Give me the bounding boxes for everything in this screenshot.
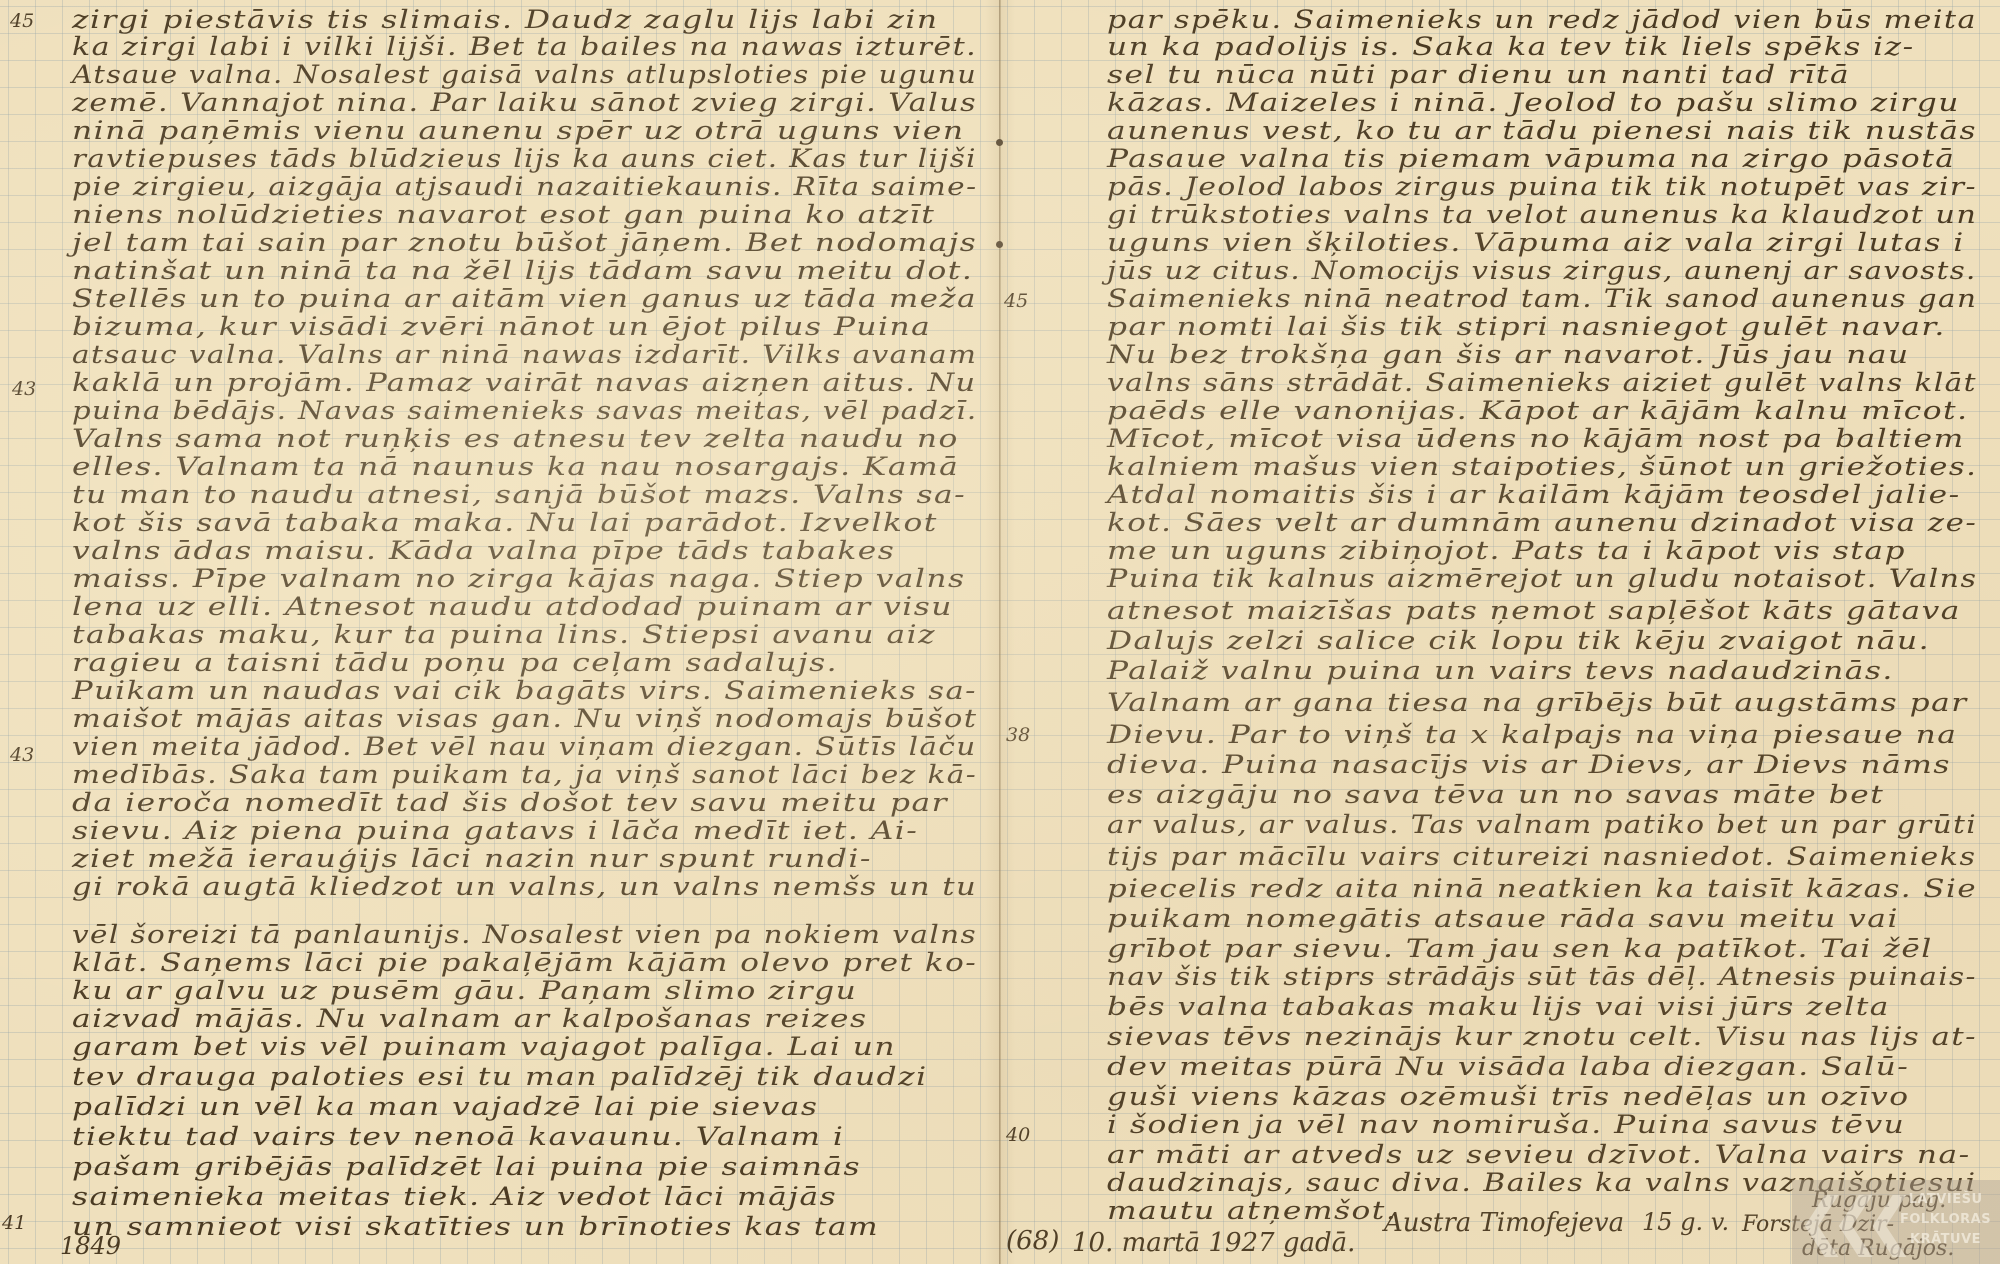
handwritten-line: garam bet vis vēl puinam vajagot palīga.…	[72, 1032, 896, 1062]
handwritten-line: Stellēs un to puina ar aitām vien ganus …	[72, 284, 977, 314]
handwritten-line: i šodien ja vēl nav nomiruša. Puina savu…	[1107, 1110, 1905, 1140]
handwritten-line: Valns sama not ruņķis es atnesu tev zelt…	[72, 424, 959, 454]
handwritten-line: dieva. Puina nasacījs vis ar Dievs, ar D…	[1107, 750, 1951, 780]
handwritten-line: Dievu. Par to viņš ta x kalpajs na viņa …	[1107, 720, 1957, 750]
handwritten-line: me un uguns zibiņojot. Pats ta i kāpot v…	[1107, 536, 1906, 566]
handwritten-line: natinšat un ninā ta na žēl lijs tādam sa…	[72, 256, 973, 286]
handwritten-line: da ieroča nomedīt tad šis došot tev savu…	[72, 788, 948, 818]
handwritten-line: Nu bez trokšņa gan šis ar navarot. Jūs j…	[1107, 340, 1910, 370]
manuscript-spread: 45 43 43 41 zirgi piestāvis tis slimais.…	[0, 0, 2000, 1264]
handwritten-line: palīdzi un vēl ka man vajadzē lai pie si…	[72, 1092, 818, 1122]
handwritten-line: Dalujs zelzi salice cik lopu tik kēju zv…	[1107, 626, 1930, 656]
handwritten-line: puina bēdājs. Navas saimenieks savas mei…	[72, 396, 978, 426]
chevrons-icon: ❮❮❮	[1796, 1190, 1898, 1252]
handwritten-line: Valnam ar gana tiesa na grībējs būt augs…	[1107, 688, 1968, 718]
handwritten-line: maiss. Pīpe valnam no zirga kājas naga. …	[72, 564, 966, 594]
handwritten-line: ar māti ar atveds uz sevieu dzīvot. Valn…	[1107, 1140, 1971, 1170]
handwritten-line: Pasaue valna tis piemam vāpuma na zirgo …	[1107, 144, 1955, 174]
right-page: 45 38 40 par spēku. Saimenieks un redz j…	[1002, 0, 2000, 1264]
handwritten-line: sievu. Aiz piena puina gatavs i lāča med…	[72, 816, 918, 846]
handwritten-line: medībās. Saka tam puikam ta, ja viņš san…	[72, 760, 977, 790]
margin-number: 43	[12, 378, 36, 400]
handwritten-line: kāzas. Maizeles i ninā. Jeolod to pašu s…	[1107, 88, 1960, 118]
watermark-line: KRĀTUVE	[1900, 1230, 1991, 1250]
handwritten-line: jūs uz citus. Nomocijs visus zirgus, aun…	[1107, 256, 1977, 286]
handwritten-line: un ka padolijs is. Saka ka tev tik liels…	[1107, 32, 1915, 62]
handwritten-line: sel tu nūca nūti par dienu un nanti tad …	[1107, 60, 1850, 90]
handwritten-line: guši viens kāzas ozēmuši trīs nedēļas un…	[1107, 1082, 1910, 1112]
handwritten-line: kot. Sāes velt ar dumnām aunenu dzinadot…	[1107, 508, 1977, 538]
handwritten-line: atnesot maizīšas pats ņemot sapļēšot kāt…	[1107, 596, 1961, 626]
handwritten-line: tiektu tad vairs tev nenoā kavaunu. Valn…	[72, 1122, 844, 1152]
margin-number: 45	[10, 10, 34, 32]
handwritten-line: Atsaue valna. Nosalest gaisā valns atlup…	[72, 60, 977, 90]
handwritten-line: grībot par sievu. Tam jau sen ka patīkot…	[1107, 934, 1933, 964]
handwritten-line: Palaiž valnu puina un vairs tevs nadaudz…	[1107, 656, 1894, 686]
handwritten-line: zirgi piestāvis tis slimais. Daudz zaglu…	[72, 5, 939, 35]
handwritten-line: paēds elle vanonijas. Kāpot ar kājām kal…	[1107, 396, 1969, 426]
handwritten-line: ar valus, ar valus. Tas valnam patiko be…	[1107, 810, 1977, 840]
handwritten-line: piecelis redz aita ninā neatkien ka tais…	[1107, 874, 1977, 904]
handwritten-line: ravtiepuses tāds blūdzieus lijs ka auns …	[72, 144, 977, 174]
handwritten-line: lena uz elli. Atnesot naudu atdodad puin…	[72, 592, 953, 622]
margin-number: 45	[1004, 290, 1028, 312]
handwritten-line: tev drauga paloties esi tu man palīdzēj …	[72, 1062, 928, 1092]
handwritten-line: vien meita jādod. Bet vēl nau viņam diez…	[72, 732, 977, 762]
handwritten-line: vēl šoreizi tā panlaunijs. Nosalest vien…	[72, 920, 977, 950]
handwritten-line: mautu atņemšot.	[1107, 1196, 1397, 1226]
left-page: 45 43 43 41 zirgi piestāvis tis slimais.…	[0, 0, 998, 1264]
handwritten-line: dev meitas pūrā Nu visāda laba diezgan. …	[1107, 1052, 1909, 1082]
handwritten-line: Saimenieks ninā neatrod tam. Tik sanod a…	[1107, 284, 1977, 314]
handwritten-line: ragieu a taisni tādu poņu pa ceļam sadal…	[72, 648, 838, 678]
handwritten-line: maišot mājās aitas visas gan. Nu viņš no…	[72, 704, 977, 734]
handwritten-line: niens nolūdzieties navarot esot gan puin…	[72, 200, 935, 230]
handwritten-line: elles. Valnam ta nā naunus ka nau nosarg…	[72, 452, 959, 482]
handwritten-line: gi rokā augtā kliedzot un valns, un valn…	[72, 872, 977, 902]
page-footer-number: 1849	[60, 1232, 121, 1260]
record-number: (68)	[1006, 1226, 1059, 1256]
handwritten-line: un samnieot visi skatīties un brīnoties …	[72, 1212, 879, 1242]
watermark-text: LATVIEŠU FOLKLORAS KRĀTUVE	[1900, 1190, 1991, 1250]
handwritten-line: tu man to naudu atnesi, sanjā būšot mazs…	[72, 480, 966, 510]
record-date: 10. martā 1927 gadā.	[1072, 1228, 1355, 1258]
collector-age: 15 g. v.	[1642, 1208, 1729, 1236]
handwritten-line: puikam nomegātis atsaue rāda savu meitu …	[1107, 904, 1899, 934]
handwritten-line: bēs valna tabakas maku lijs vai visi jūr…	[1107, 992, 1890, 1022]
handwritten-line: zemē. Vannajot nina. Par laiku sānot zvi…	[72, 88, 977, 118]
handwritten-line: ziet mežā ierauģijs lāci nazin nur spunt…	[72, 844, 872, 874]
handwritten-line: ninā paņēmis vienu aunenu spēr uz otrā u…	[72, 116, 965, 146]
handwritten-line: sievas tēvs nezinājs kur znotu celt. Vis…	[1107, 1022, 1977, 1052]
margin-number: 40	[1006, 1124, 1030, 1146]
handwritten-line: Atdal nomaitis šis i ar kailām kājām teo…	[1107, 480, 1961, 510]
handwritten-line: gi trūkstoties valns ta velot aunenus ka…	[1107, 200, 1977, 230]
handwritten-line: valns sāns strādāt. Saimenieks aiziet gu…	[1107, 368, 1977, 398]
archive-watermark: ❮❮❮ LATVIEŠU FOLKLORAS KRĀTUVE	[1792, 1180, 2000, 1264]
margin-number: 43	[10, 744, 34, 766]
watermark-line: FOLKLORAS	[1900, 1210, 1991, 1230]
margin-number: 38	[1006, 724, 1030, 746]
handwritten-line: uguns vien šķiloties. Vāpuma aiz vala zi…	[1107, 228, 1965, 258]
handwritten-line: par spēku. Saimenieks un redz jādod vien…	[1107, 5, 1977, 35]
handwritten-line: nav šis tik stiprs strādājs sūt tās dēļ.…	[1107, 962, 1977, 992]
handwritten-line: ku ar galvu uz pusēm gāu. Paņam slimo zi…	[72, 976, 857, 1006]
handwritten-line: aunenus vest, ko tu ar tādu pienesi nais…	[1107, 116, 1977, 146]
margin-number: 41	[2, 1212, 26, 1234]
handwritten-line: valns ādas maisu. Kāda valna pīpe tāds t…	[72, 536, 895, 566]
handwritten-line: tijs par mācīlu vairs citureizi nasniedo…	[1107, 842, 1976, 872]
handwritten-line: tabakas maku, kur ta puina lins. Stiepsi…	[72, 620, 936, 650]
handwritten-line: bizuma, kur visādi zvēri nānot un ējot p…	[72, 312, 931, 342]
handwritten-line: Puina tik kalnus aizmērejot un gludu not…	[1107, 564, 1977, 594]
handwritten-line: kalniem mašus vien staipoties, šūnot un …	[1107, 452, 1977, 482]
collector-name: Austra Timofejeva	[1384, 1208, 1624, 1238]
page-fold	[999, 0, 1001, 1264]
handwritten-line: saimenieka meitas tiek. Aiz vedot lāci m…	[72, 1182, 837, 1212]
handwritten-line: aizvad mājās. Nu valnam ar kalpošanas re…	[72, 1004, 868, 1034]
handwritten-line: pās. Jeolod labos zirgus puina tik tik n…	[1107, 172, 1977, 202]
handwritten-line: kot šis savā tabaka maka. Nu lai parādot…	[72, 508, 938, 538]
watermark-line: LATVIEŠU	[1900, 1190, 1991, 1210]
handwritten-line: jel tam tai sain par znotu būšot jāņem. …	[72, 228, 977, 258]
handwritten-line: Mīcot, mīcot visa ūdens no kājām nost pa…	[1107, 424, 1965, 454]
handwritten-line: klāt. Saņems lāci pie pakaļējām kājām ol…	[72, 948, 977, 978]
handwritten-line: pašam gribējās palīdzēt lai puina pie sa…	[72, 1152, 861, 1182]
handwritten-line: Puikam un naudas vai cik bagāts virs. Sa…	[72, 676, 977, 706]
handwritten-line: atsauc valna. Valns ar ninā nawas izdarī…	[72, 340, 977, 370]
handwritten-line: kaklā un projām. Pamaz vairāt navas aizņ…	[72, 368, 977, 398]
handwritten-line: ka zirgi labi i vilki lijši. Bet ta bail…	[72, 32, 977, 62]
handwritten-line: par nomti lai šis tik stipri nasniegot g…	[1107, 312, 1946, 342]
handwritten-line: pie zirgieu, aizgāja atjsaudi nazaitieka…	[72, 172, 977, 202]
handwritten-line: es aizgāju no sava tēva un no savas māte…	[1107, 780, 1884, 810]
